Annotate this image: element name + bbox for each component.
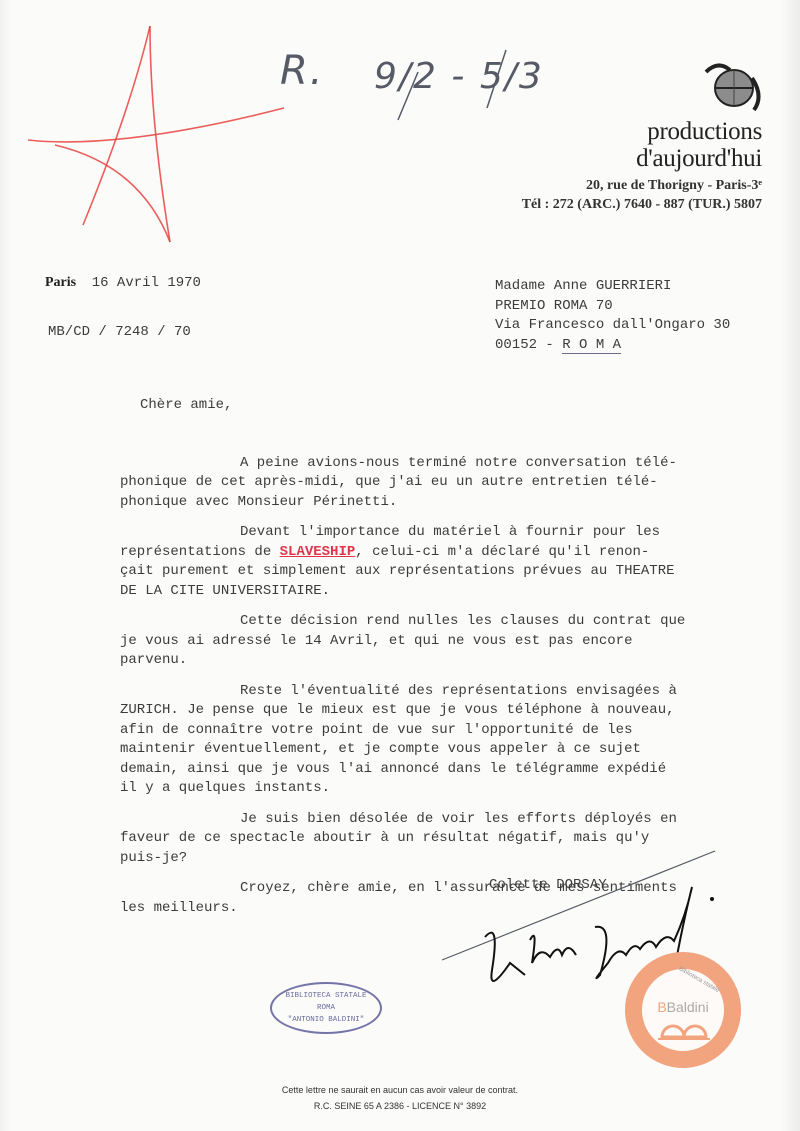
company-name-line2: d'aujourd'hui	[522, 145, 762, 172]
letter-date: 16 Avril 1970	[92, 275, 201, 291]
baldini-library-logo: Biblioteca statale BBaldini	[625, 952, 741, 1068]
paragraph-2: Devant l'importance du matériel à fourni…	[120, 523, 800, 601]
paragraph-1: A peine avions-nous terminé notre conver…	[120, 454, 800, 513]
date-place: Paris	[45, 275, 76, 290]
recipient-postcode: 00152 -	[495, 337, 562, 353]
recipient-name: Madame Anne GUERRIERI	[495, 277, 730, 297]
baldini-name: BBaldini	[642, 999, 724, 1015]
recipient-city-line: 00152 - R O M A	[495, 336, 730, 356]
book-arch-icon	[658, 1019, 710, 1041]
recipient-organization: PREMIO ROMA 70	[495, 297, 730, 317]
play-title-slaveship: SLAVESHIP	[280, 544, 356, 560]
handwritten-ref: R.	[280, 48, 325, 94]
salutation: Chère amie,	[140, 396, 800, 416]
handwritten-dates: 9/2 - 5/3	[374, 56, 544, 97]
recipient-address: Madame Anne GUERRIERI PREMIO ROMA 70 Via…	[495, 277, 730, 355]
paragraph-4: Reste l'éventualité des représentations …	[120, 682, 800, 799]
paragraph-3: Cette décision rend nulles les clauses d…	[120, 612, 800, 671]
recipient-street: Via Francesco dall'Ongaro 30	[495, 316, 730, 336]
recipient-city: R O M A	[562, 337, 621, 354]
company-name-line1: productions	[522, 118, 762, 145]
date-line: Paris 16 Avril 1970	[45, 273, 201, 294]
footer-registration: R.C. SEINE 65 A 2386 - LICENCE N° 3892	[0, 1101, 800, 1111]
globe-emblem-icon	[696, 58, 768, 116]
company-address: 20, rue de Thorigny - Paris-3ᵉ	[522, 176, 762, 195]
company-phone: Tél : 272 (ARC.) 7640 - 887 (TUR.) 5807	[522, 195, 762, 214]
library-stamp: BIBLIOTECA STATALE ROMA "ANTONIO BALDINI…	[270, 982, 382, 1034]
reference-number: MB/CD / 7248 / 70	[48, 323, 191, 343]
letterhead: productions d'aujourd'hui 20, rue de Tho…	[522, 118, 762, 214]
footer-disclaimer: Cette lettre ne saurait en aucun cas avo…	[0, 1085, 800, 1095]
